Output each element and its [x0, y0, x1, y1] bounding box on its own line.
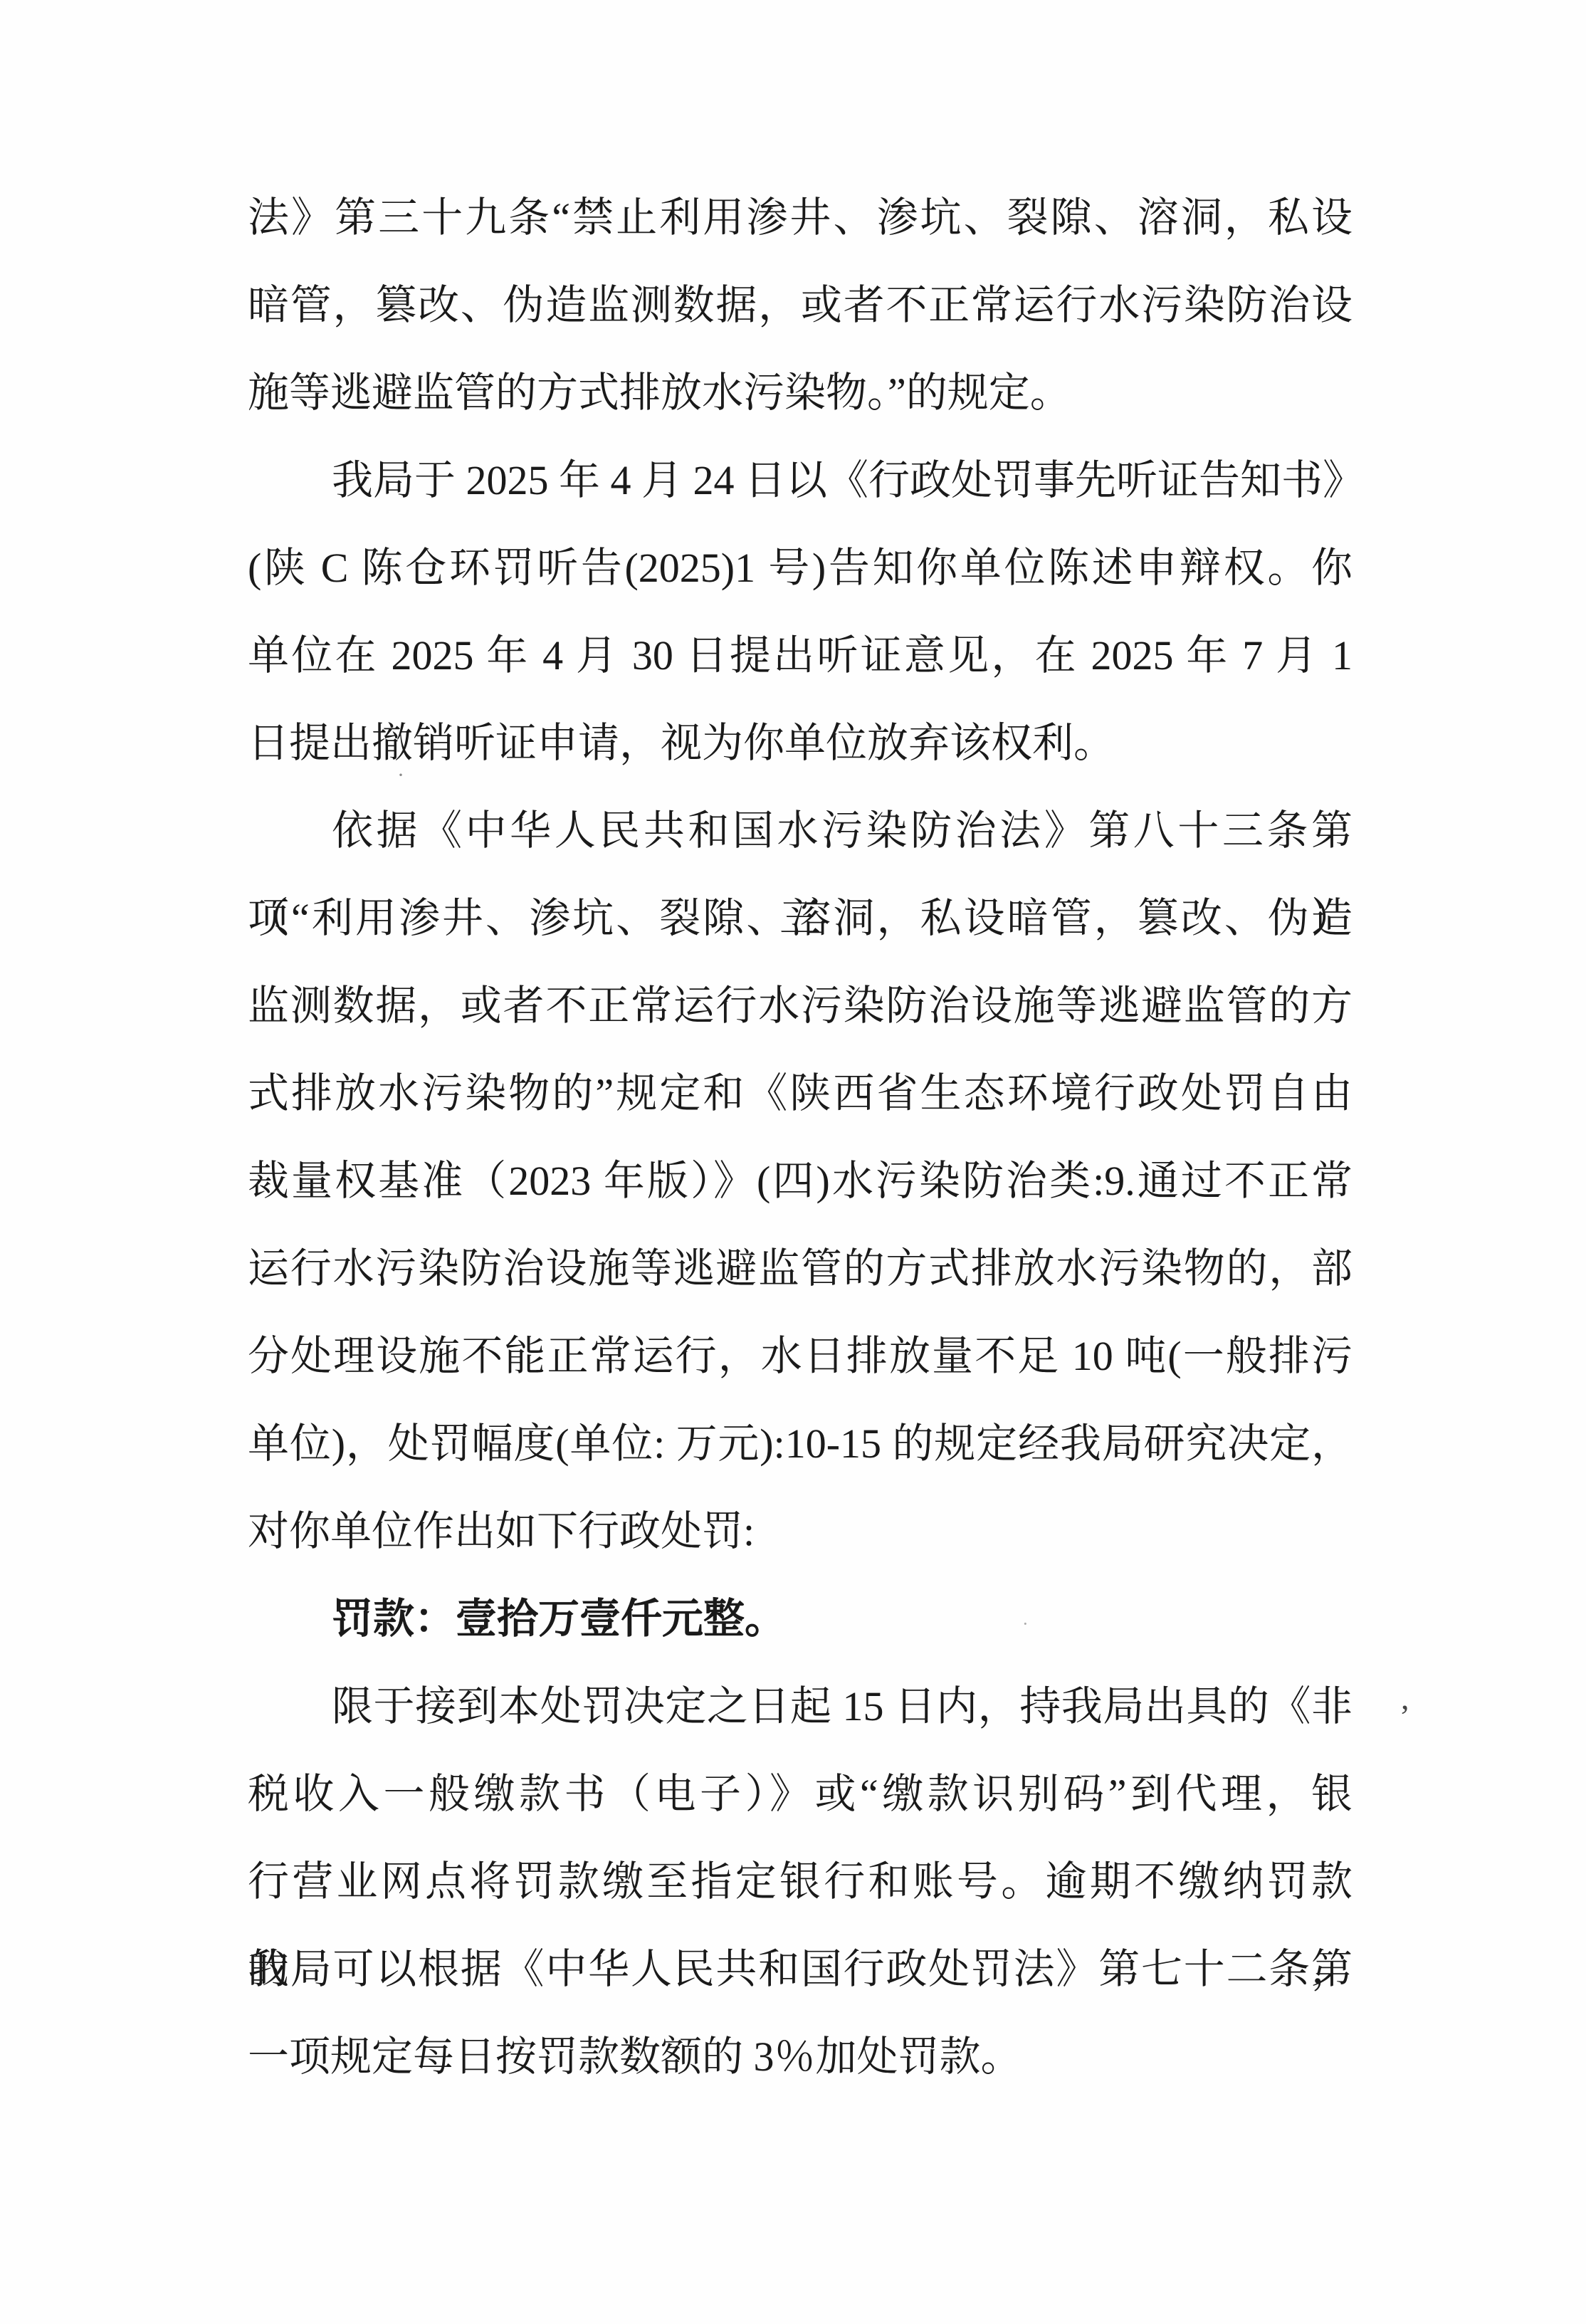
- text-line: 暗管，篡改、伪造监测数据，或者不正常运行水污染防治设: [248, 261, 1353, 349]
- text-line: 式排放水污染物的”规定和《陕西省生态环境行政处罚自由: [248, 1050, 1353, 1137]
- text-line: 单位)，处罚幅度(单位: 万元):10-15 的规定经我局研究决定，: [248, 1400, 1353, 1487]
- document-page: 法》第三十九条“禁止利用渗井、渗坑、裂隙、溶洞，私设 暗管，篡改、伪造监测数据，…: [0, 0, 1586, 2324]
- text-line: 单位在 2025 年 4 月 30 日提出听证意见，在 2025 年 7 月 1: [248, 612, 1353, 699]
- text-line: 日提出撤销听证申请，视为你单位放弃该权利。: [248, 699, 1353, 787]
- text-line: 监测数据，或者不正常运行水污染防治设施等逃避监管的方: [248, 962, 1353, 1050]
- text-line: 我局可以根据《中华人民共和国行政处罚法》第七十二条第: [248, 1925, 1353, 2013]
- text-line: (陕 C 陈仓环罚听告(2025)1 号)告知你单位陈述申辩权。你: [248, 524, 1353, 612]
- text-line: 税收入一般缴款书（电子）》或“缴款识别码”到代理，银: [248, 1750, 1353, 1838]
- document-body: 法》第三十九条“禁止利用渗井、渗坑、裂隙、溶洞，私设 暗管，篡改、伪造监测数据，…: [248, 174, 1353, 2100]
- scan-artifact-dot: ·: [1022, 1613, 1029, 1635]
- text-line: 行营业网点将罚款缴至指定银行和账号。逾期不缴纳罚款的，: [248, 1838, 1353, 1925]
- text-line: 我局于 2025 年 4 月 24 日以《行政处罚事先听证告知书》: [248, 436, 1353, 524]
- penalty-amount-line: 罚款：壹拾万壹仟元整。: [248, 1575, 1353, 1663]
- text-line: 裁量权基准（2023 年版）》(四)水污染防治类:9.通过不正常: [248, 1137, 1353, 1225]
- text-line: 一项规定每日按罚款数额的 3％加处罚款。: [248, 2013, 1353, 2100]
- text-line: 法》第三十九条“禁止利用渗井、渗坑、裂隙、溶洞，私设: [248, 174, 1353, 261]
- text-line: 项“利用渗井、渗坑、裂隙、溶洞，私设暗管，篡改、伪造: [248, 874, 1353, 962]
- scan-artifact-dot: ·: [397, 763, 404, 787]
- text-line: 运行水污染防治设施等逃避监管的方式排放水污染物的，部: [248, 1225, 1353, 1312]
- text-line: 施等逃避监管的方式排放水污染物。”的规定。: [248, 349, 1353, 436]
- text-line: 限于接到本处罚决定之日起 15 日内，持我局出具的《非: [248, 1663, 1353, 1750]
- text-line: 分处理设施不能正常运行，水日排放量不足 10 吨(一般排污: [248, 1312, 1353, 1400]
- scan-artifact-comma: ,: [1401, 1679, 1409, 1717]
- text-line: 对你单位作出如下行政处罚:: [248, 1487, 1353, 1575]
- text-line: 依据《中华人民共和国水污染防治法》第八十三条第（三）: [248, 787, 1353, 874]
